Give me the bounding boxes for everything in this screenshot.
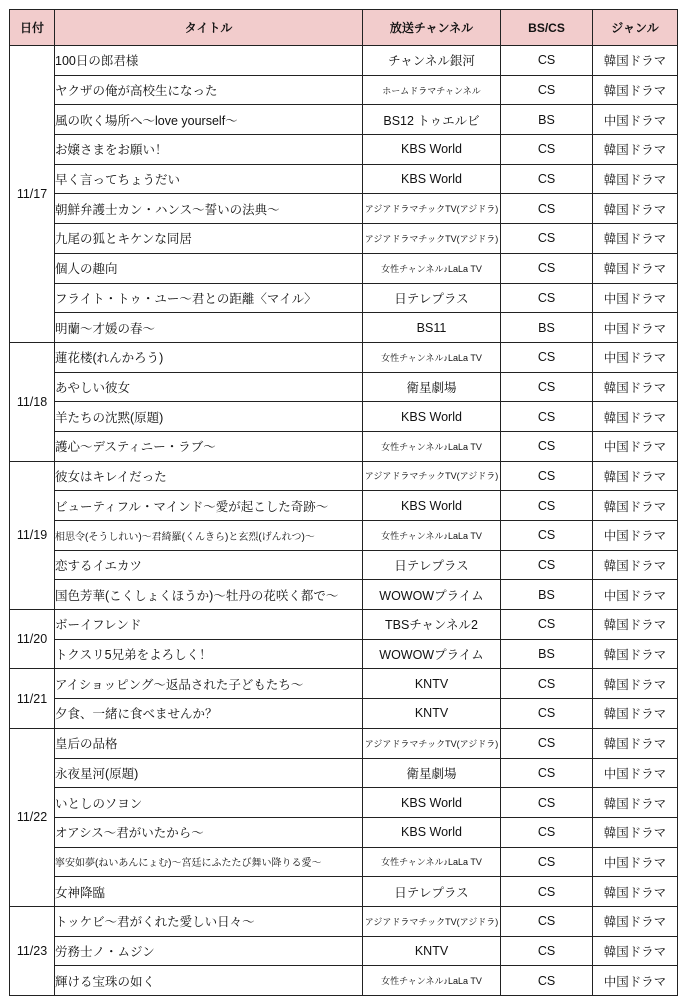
header-title: タイトル: [55, 10, 363, 46]
bscs-cell: BS: [501, 313, 593, 343]
title-cell: 護心～デスティニー・ラブ～: [55, 431, 363, 461]
genre-cell: 中国ドラマ: [593, 431, 678, 461]
genre-cell: 中国ドラマ: [593, 313, 678, 343]
channel-cell: TBSチャンネル2: [363, 610, 501, 640]
table-row: 夕食、一緒に食べませんか？KNTVCS韓国ドラマ: [10, 699, 678, 729]
bscs-cell: CS: [501, 491, 593, 521]
bscs-cell: CS: [501, 342, 593, 372]
title-cell: フライト・トゥ・ユー～君との距離〈マイル〉: [55, 283, 363, 313]
channel-cell: アジアドラマチックTV(アジドラ): [363, 728, 501, 758]
genre-cell: 韓国ドラマ: [593, 253, 678, 283]
channel-cell: 女性チャンネル♪LaLa TV: [363, 847, 501, 877]
genre-cell: 中国ドラマ: [593, 847, 678, 877]
table-row: 国色芳華(こくしょくほうか)～牡丹の花咲く都で～WOWOWプライムBS中国ドラマ: [10, 580, 678, 610]
table-row: 九尾の狐とキケンな同居アジアドラマチックTV(アジドラ)CS韓国ドラマ: [10, 224, 678, 254]
bscs-cell: CS: [501, 402, 593, 432]
genre-cell: 韓国ドラマ: [593, 372, 678, 402]
channel-cell: アジアドラマチックTV(アジドラ): [363, 461, 501, 491]
table-row: 恋するイエカツ日テレプラスCS韓国ドラマ: [10, 550, 678, 580]
bscs-cell: CS: [501, 461, 593, 491]
bscs-cell: CS: [501, 699, 593, 729]
bscs-cell: CS: [501, 224, 593, 254]
channel-cell: KBS World: [363, 491, 501, 521]
table-row: 11/19彼女はキレイだったアジアドラマチックTV(アジドラ)CS韓国ドラマ: [10, 461, 678, 491]
table-row: 護心～デスティニー・ラブ～女性チャンネル♪LaLa TVCS中国ドラマ: [10, 431, 678, 461]
bscs-cell: CS: [501, 669, 593, 699]
title-cell: 100日の郎君様: [55, 46, 363, 76]
genre-cell: 韓国ドラマ: [593, 728, 678, 758]
table-row: 明蘭～才媛の春～BS11BS中国ドラマ: [10, 313, 678, 343]
bscs-cell: CS: [501, 194, 593, 224]
title-cell: あやしい彼女: [55, 372, 363, 402]
genre-cell: 中国ドラマ: [593, 283, 678, 313]
channel-cell: KBS World: [363, 788, 501, 818]
genre-cell: 中国ドラマ: [593, 758, 678, 788]
table-row: オアシス～君がいたから～KBS WorldCS韓国ドラマ: [10, 817, 678, 847]
bscs-cell: CS: [501, 728, 593, 758]
channel-cell: 衛星劇場: [363, 758, 501, 788]
bscs-cell: CS: [501, 75, 593, 105]
date-cell: 11/17: [10, 46, 55, 343]
bscs-cell: CS: [501, 877, 593, 907]
genre-cell: 韓国ドラマ: [593, 402, 678, 432]
bscs-cell: CS: [501, 966, 593, 996]
genre-cell: 韓国ドラマ: [593, 461, 678, 491]
table-row: フライト・トゥ・ユー～君との距離〈マイル〉日テレプラスCS中国ドラマ: [10, 283, 678, 313]
channel-cell: 女性チャンネル♪LaLa TV: [363, 342, 501, 372]
drama-schedule-table: 日付 タイトル 放送チャンネル BS/CS ジャンル 11/17100日の郎君様…: [9, 9, 678, 996]
genre-cell: 韓国ドラマ: [593, 877, 678, 907]
channel-cell: ホームドラマチャンネル: [363, 75, 501, 105]
genre-cell: 韓国ドラマ: [593, 164, 678, 194]
bscs-cell: CS: [501, 135, 593, 165]
channel-cell: 女性チャンネル♪LaLa TV: [363, 521, 501, 551]
channel-cell: WOWOWプライム: [363, 580, 501, 610]
genre-cell: 中国ドラマ: [593, 342, 678, 372]
table-row: 女神降臨日テレプラスCS韓国ドラマ: [10, 877, 678, 907]
genre-cell: 韓国ドラマ: [593, 639, 678, 669]
genre-cell: 韓国ドラマ: [593, 906, 678, 936]
table-row: ヤクザの俺が高校生になったホームドラマチャンネルCS韓国ドラマ: [10, 75, 678, 105]
date-cell: 11/19: [10, 461, 55, 609]
title-cell: いとしのソヨン: [55, 788, 363, 818]
title-cell: 相思令(そうしれい)～君綺羅(くんきら)と玄烈(げんれつ)～: [55, 521, 363, 551]
genre-cell: 韓国ドラマ: [593, 135, 678, 165]
table-row: 寧安如夢(ねいあんにょむ)～宮廷にふたたび舞い降りる愛～女性チャンネル♪LaLa…: [10, 847, 678, 877]
genre-cell: 中国ドラマ: [593, 580, 678, 610]
bscs-cell: BS: [501, 580, 593, 610]
genre-cell: 韓国ドラマ: [593, 194, 678, 224]
date-cell: 11/20: [10, 610, 55, 669]
table-row: 輝ける宝珠の如く女性チャンネル♪LaLa TVCS中国ドラマ: [10, 966, 678, 996]
header-bscs: BS/CS: [501, 10, 593, 46]
title-cell: お嬢さまをお願い！: [55, 135, 363, 165]
date-cell: 11/18: [10, 342, 55, 461]
bscs-cell: CS: [501, 906, 593, 936]
table-row: 11/20ボーイフレンドTBSチャンネル2CS韓国ドラマ: [10, 610, 678, 640]
header-row: 日付 タイトル 放送チャンネル BS/CS ジャンル: [10, 10, 678, 46]
header-genre: ジャンル: [593, 10, 678, 46]
channel-cell: 女性チャンネル♪LaLa TV: [363, 966, 501, 996]
table-row: 11/18蓮花楼(れんかろう)女性チャンネル♪LaLa TVCS中国ドラマ: [10, 342, 678, 372]
channel-cell: 日テレプラス: [363, 877, 501, 907]
channel-cell: 日テレプラス: [363, 550, 501, 580]
title-cell: 夕食、一緒に食べませんか？: [55, 699, 363, 729]
bscs-cell: BS: [501, 105, 593, 135]
bscs-cell: CS: [501, 431, 593, 461]
channel-cell: BS12 トゥエルビ: [363, 105, 501, 135]
title-cell: 永夜星河(原題): [55, 758, 363, 788]
genre-cell: 韓国ドラマ: [593, 610, 678, 640]
title-cell: 彼女はキレイだった: [55, 461, 363, 491]
channel-cell: KNTV: [363, 699, 501, 729]
title-cell: 女神降臨: [55, 877, 363, 907]
date-cell: 11/22: [10, 728, 55, 906]
genre-cell: 中国ドラマ: [593, 521, 678, 551]
genre-cell: 中国ドラマ: [593, 966, 678, 996]
title-cell: ビューティフル・マインド～愛が起こした奇跡～: [55, 491, 363, 521]
bscs-cell: CS: [501, 817, 593, 847]
table-row: 早く言ってちょうだいKBS WorldCS韓国ドラマ: [10, 164, 678, 194]
channel-cell: KBS World: [363, 135, 501, 165]
title-cell: 輝ける宝珠の如く: [55, 966, 363, 996]
channel-cell: KNTV: [363, 936, 501, 966]
channel-cell: KBS World: [363, 164, 501, 194]
table-row: お嬢さまをお願い！KBS WorldCS韓国ドラマ: [10, 135, 678, 165]
bscs-cell: CS: [501, 253, 593, 283]
table-row: 相思令(そうしれい)～君綺羅(くんきら)と玄烈(げんれつ)～女性チャンネル♪La…: [10, 521, 678, 551]
date-cell: 11/21: [10, 669, 55, 728]
title-cell: トクスリ5兄弟をよろしく！: [55, 639, 363, 669]
title-cell: 蓮花楼(れんかろう): [55, 342, 363, 372]
title-cell: 寧安如夢(ねいあんにょむ)～宮廷にふたたび舞い降りる愛～: [55, 847, 363, 877]
table-row: ビューティフル・マインド～愛が起こした奇跡～KBS WorldCS韓国ドラマ: [10, 491, 678, 521]
channel-cell: BS11: [363, 313, 501, 343]
table-row: いとしのソヨンKBS WorldCS韓国ドラマ: [10, 788, 678, 818]
title-cell: アイショッピング～返品された子どもたち～: [55, 669, 363, 699]
genre-cell: 韓国ドラマ: [593, 699, 678, 729]
channel-cell: 日テレプラス: [363, 283, 501, 313]
title-cell: 羊たちの沈黙(原題): [55, 402, 363, 432]
table-row: 労務士ノ・ムジンKNTVCS韓国ドラマ: [10, 936, 678, 966]
table-row: 11/21アイショッピング～返品された子どもたち～KNTVCS韓国ドラマ: [10, 669, 678, 699]
header-date: 日付: [10, 10, 55, 46]
table-row: 風の吹く場所へ～love yourself～BS12 トゥエルビBS中国ドラマ: [10, 105, 678, 135]
title-cell: 国色芳華(こくしょくほうか)～牡丹の花咲く都で～: [55, 580, 363, 610]
bscs-cell: BS: [501, 639, 593, 669]
title-cell: ボーイフレンド: [55, 610, 363, 640]
title-cell: 個人の趣向: [55, 253, 363, 283]
bscs-cell: CS: [501, 610, 593, 640]
table-row: あやしい彼女衛星劇場CS韓国ドラマ: [10, 372, 678, 402]
bscs-cell: CS: [501, 164, 593, 194]
channel-cell: KBS World: [363, 402, 501, 432]
title-cell: オアシス～君がいたから～: [55, 817, 363, 847]
genre-cell: 韓国ドラマ: [593, 46, 678, 76]
channel-cell: チャンネル銀河: [363, 46, 501, 76]
channel-cell: 女性チャンネル♪LaLa TV: [363, 431, 501, 461]
bscs-cell: CS: [501, 788, 593, 818]
channel-cell: 女性チャンネル♪LaLa TV: [363, 253, 501, 283]
title-cell: 労務士ノ・ムジン: [55, 936, 363, 966]
title-cell: トッケビ～君がくれた愛しい日々～: [55, 906, 363, 936]
bscs-cell: CS: [501, 758, 593, 788]
table-row: 朝鮮弁護士カン・ハンス～誓いの法典～アジアドラマチックTV(アジドラ)CS韓国ド…: [10, 194, 678, 224]
bscs-cell: CS: [501, 521, 593, 551]
genre-cell: 韓国ドラマ: [593, 75, 678, 105]
title-cell: 皇后の品格: [55, 728, 363, 758]
channel-cell: KNTV: [363, 669, 501, 699]
title-cell: 明蘭～才媛の春～: [55, 313, 363, 343]
title-cell: 風の吹く場所へ～love yourself～: [55, 105, 363, 135]
bscs-cell: CS: [501, 283, 593, 313]
table-row: 11/23トッケビ～君がくれた愛しい日々～アジアドラマチックTV(アジドラ)CS…: [10, 906, 678, 936]
title-cell: ヤクザの俺が高校生になった: [55, 75, 363, 105]
channel-cell: アジアドラマチックTV(アジドラ): [363, 224, 501, 254]
date-cell: 11/23: [10, 906, 55, 995]
channel-cell: KBS World: [363, 817, 501, 847]
genre-cell: 韓国ドラマ: [593, 224, 678, 254]
table-row: 個人の趣向女性チャンネル♪LaLa TVCS韓国ドラマ: [10, 253, 678, 283]
title-cell: 早く言ってちょうだい: [55, 164, 363, 194]
genre-cell: 中国ドラマ: [593, 105, 678, 135]
table-row: 永夜星河(原題)衛星劇場CS中国ドラマ: [10, 758, 678, 788]
header-channel: 放送チャンネル: [363, 10, 501, 46]
genre-cell: 韓国ドラマ: [593, 669, 678, 699]
bscs-cell: CS: [501, 936, 593, 966]
table-row: 羊たちの沈黙(原題)KBS WorldCS韓国ドラマ: [10, 402, 678, 432]
table-row: 11/22皇后の品格アジアドラマチックTV(アジドラ)CS韓国ドラマ: [10, 728, 678, 758]
genre-cell: 韓国ドラマ: [593, 936, 678, 966]
table-body: 11/17100日の郎君様チャンネル銀河CS韓国ドラマヤクザの俺が高校生になった…: [10, 46, 678, 996]
title-cell: 九尾の狐とキケンな同居: [55, 224, 363, 254]
title-cell: 恋するイエカツ: [55, 550, 363, 580]
channel-cell: WOWOWプライム: [363, 639, 501, 669]
table-row: トクスリ5兄弟をよろしく！WOWOWプライムBS韓国ドラマ: [10, 639, 678, 669]
bscs-cell: CS: [501, 372, 593, 402]
channel-cell: アジアドラマチックTV(アジドラ): [363, 906, 501, 936]
bscs-cell: CS: [501, 550, 593, 580]
table-row: 11/17100日の郎君様チャンネル銀河CS韓国ドラマ: [10, 46, 678, 76]
genre-cell: 韓国ドラマ: [593, 491, 678, 521]
genre-cell: 韓国ドラマ: [593, 550, 678, 580]
bscs-cell: CS: [501, 46, 593, 76]
genre-cell: 韓国ドラマ: [593, 788, 678, 818]
genre-cell: 韓国ドラマ: [593, 817, 678, 847]
channel-cell: 衛星劇場: [363, 372, 501, 402]
bscs-cell: CS: [501, 847, 593, 877]
title-cell: 朝鮮弁護士カン・ハンス～誓いの法典～: [55, 194, 363, 224]
channel-cell: アジアドラマチックTV(アジドラ): [363, 194, 501, 224]
